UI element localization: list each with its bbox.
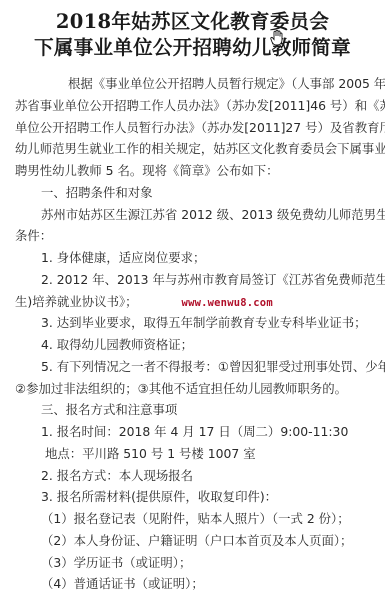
list-item: 3. 达到毕业要求，取得五年制学前教育专业专科毕业证书； — [15, 312, 370, 334]
list-item-continuation: 生)培养就业协议书》；www.wenwu8.com — [15, 291, 370, 313]
list-item: 2. 2012 年、2013 年与苏州市教育局签订《江苏省免费师范生(幼儿师范男 — [15, 269, 370, 291]
paragraph-line: 苏州市姑苏区生源江苏省 2012 级、2013 级免费幼儿师范男生，并符合下列 — [15, 204, 370, 226]
list-item: 1. 报名时间：2018 年 4 月 17 日（周二）9:00-11:30 — [15, 421, 370, 443]
section-heading: 三、报名方式和注意事项 — [15, 399, 370, 421]
watermark-link[interactable]: www.wenwu8.com — [182, 297, 273, 309]
material-item: （4）普通话证书（或证明）； — [15, 573, 370, 595]
paragraph-line: 聘男性幼儿教师 5 名。现将《简章》公布如下： — [15, 160, 370, 182]
list-item: 1. 身体健康，适应岗位要求； — [15, 247, 370, 269]
address-line: 地点：平川路 510 号 1 号楼 1007 室 — [15, 443, 370, 465]
list-item: 2. 报名方式：本人现场报名 — [15, 465, 370, 487]
paragraph-line: 单位公开招聘工作人员暂行办法》（苏办发[2011]27 号）及省教育厅做好免费 — [15, 117, 370, 139]
paragraph-line: 幼儿师范男生就业工作的相关规定，姑苏区文化教育委员会下属事业单位公开招 — [15, 138, 370, 160]
list-item: 3. 报名所需材料(提供原件，收取复印件)： — [15, 486, 370, 508]
document-title-line-2: 下属事业单位公开招聘幼儿教师简章 — [0, 32, 385, 60]
paragraph-line: 条件： — [15, 225, 370, 247]
paragraph-line: 生)培养就业协议书》； — [15, 294, 138, 309]
material-item: （2）本人身份证、户籍证明（户口本首页及本人页面）； — [15, 530, 370, 552]
document-body: 根据《事业单位公开招聘人员暂行规定》（人事部 2005 年 6 号令）、《江 苏… — [15, 73, 370, 595]
list-item: 5. 有下列情况之一者不得报考：①曾因犯罪受过刑事处罚、少年管教的； — [15, 356, 370, 378]
material-item: （1）报名登记表（见附件，贴本人照片）（一式 2 份）； — [15, 508, 370, 530]
list-item: 4. 取得幼儿园教师资格证； — [15, 334, 370, 356]
section-heading: 一、招聘条件和对象 — [15, 182, 370, 204]
material-item: （3）学历证书（或证明）； — [15, 552, 370, 574]
hand-cursor-icon — [270, 30, 284, 46]
paragraph-line: 苏省事业单位公开招聘工作人员办法》（苏办发[2011]46 号）和《苏州市事业 — [15, 95, 370, 117]
paragraph-line: 根据《事业单位公开招聘人员暂行规定》（人事部 2005 年 6 号令）、《江 — [15, 73, 370, 95]
document-title-line-1: 2018年姑苏区文化教育委员会 — [0, 6, 385, 34]
list-item-continuation: ②参加过非法组织的；③其他不适宜担任幼儿园教师职务的。 — [15, 378, 370, 400]
